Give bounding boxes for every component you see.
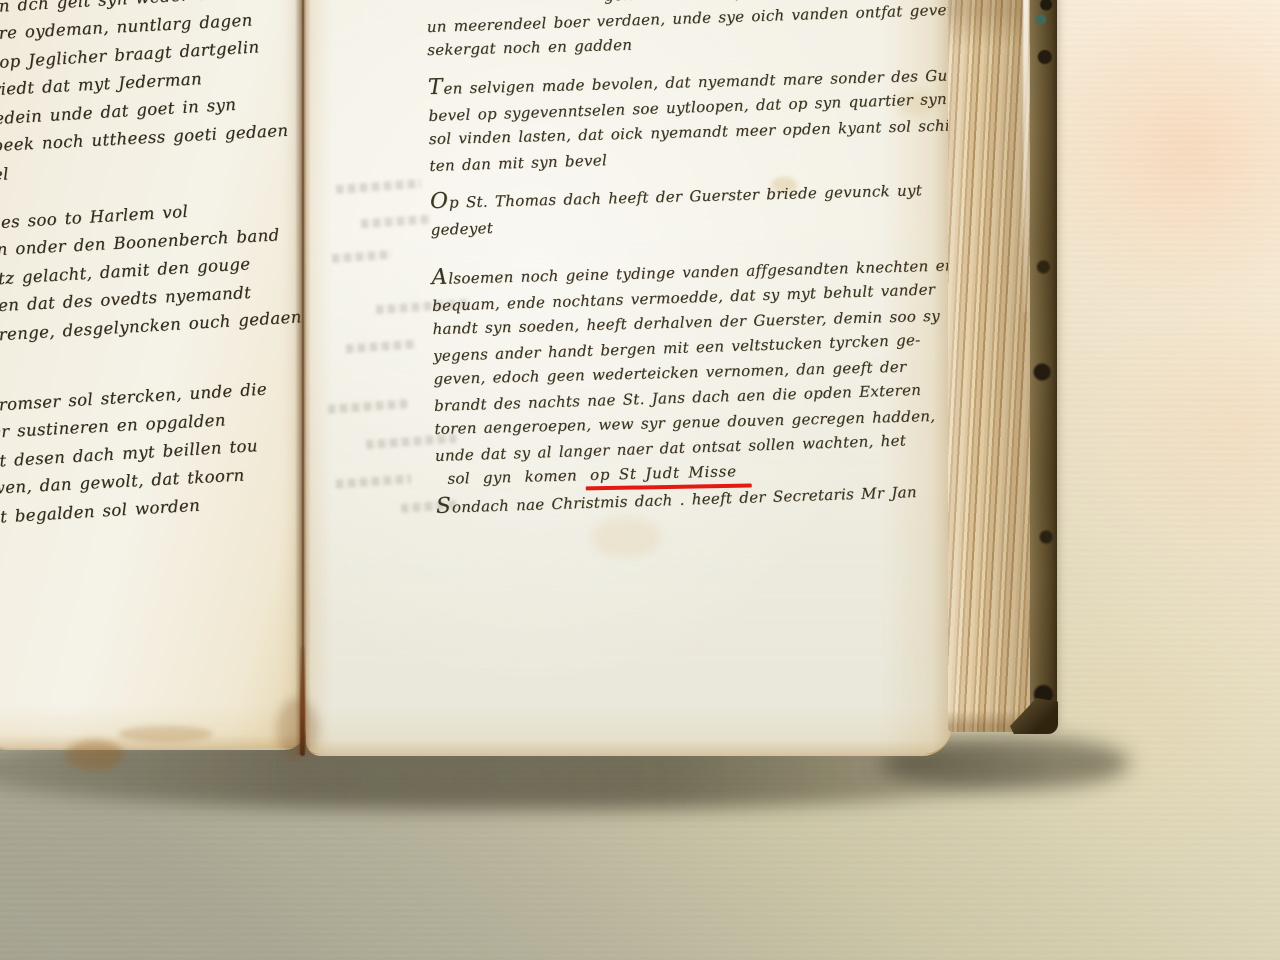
paragraph: tot promser sol stercken, unde die lange…	[0, 371, 306, 533]
book-cover-edge	[1030, 0, 1057, 732]
paragraph: Ten selvigen made bevolen, dat nyemandt …	[428, 63, 952, 175]
ink-showthrough	[328, 399, 408, 414]
ink-showthrough	[336, 474, 411, 488]
table-stain	[66, 740, 124, 770]
underlined-text: op St Judt Misse	[590, 462, 737, 484]
paragraph: Alsoemen noch geine tydinge vanden affge…	[431, 253, 952, 517]
right-page-text: gen boeren dat polint un meerendeel boer…	[426, 0, 952, 517]
underlined-phrase: op St Judt Misse	[590, 462, 737, 484]
page-edge-smudge	[118, 726, 213, 742]
left-page-text: broecken dch gelt syn weder d besondere …	[0, 0, 306, 533]
paragraph: broecken dch gelt syn weder d besondere …	[0, 0, 306, 191]
ink-showthrough	[336, 179, 421, 194]
paper-stain	[591, 517, 661, 557]
left-page: broecken dch gelt syn weder d besondere …	[0, 0, 306, 750]
paper-highlight-sliver	[1023, 0, 1029, 312]
paragraph: Op St. Thomas dach heeft der Guerster br…	[430, 177, 952, 239]
line-prefix: sol gyn komen	[447, 466, 590, 488]
right-page: gen boeren dat polint un meerendeel boer…	[306, 0, 952, 756]
paragraph: bodeliges soo to Harlem vol stunden onde…	[0, 189, 306, 351]
book-gutter-fold	[295, 0, 311, 754]
manuscript-photo: broecken dch gelt syn weder d besondere …	[0, 0, 1280, 960]
ink-showthrough	[361, 215, 431, 229]
ink-showthrough	[332, 250, 392, 263]
paragraph: gen boeren dat polint un meerendeel boer…	[426, 0, 952, 61]
gutter-bottom-stain	[276, 698, 318, 760]
page-fore-edge	[948, 0, 1032, 732]
ink-showthrough	[346, 340, 416, 354]
